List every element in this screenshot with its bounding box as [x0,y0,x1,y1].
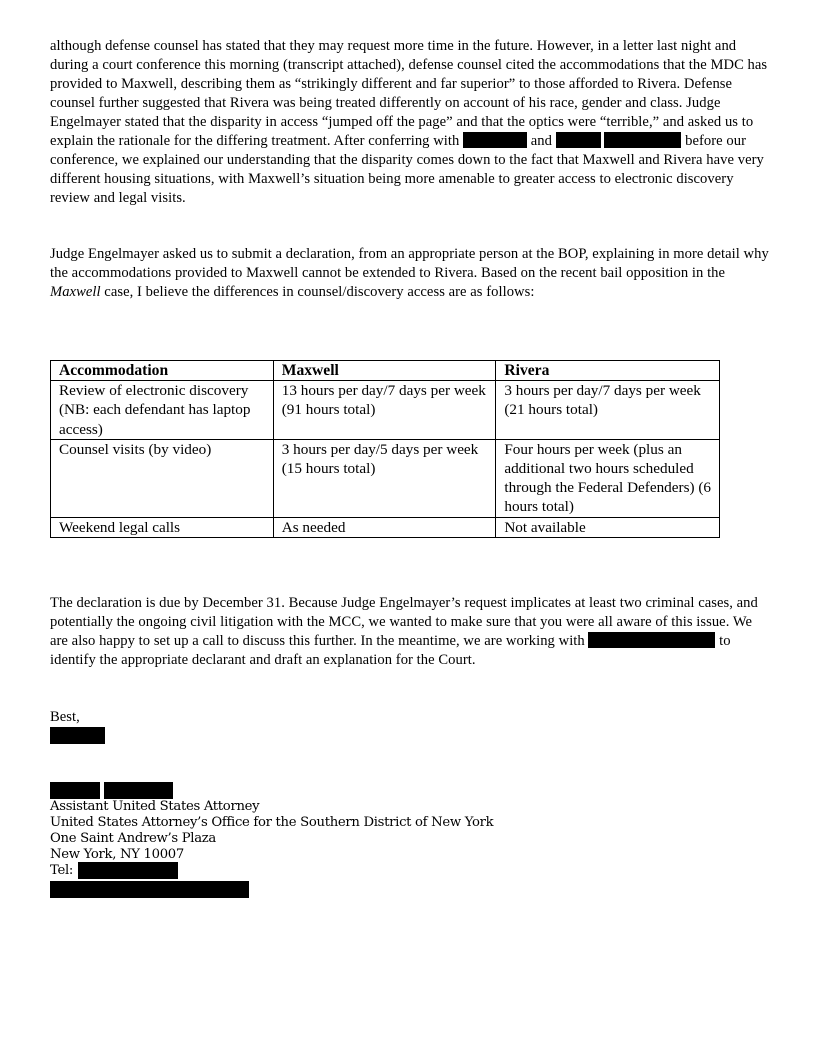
signature-office: United States Attorney’s Office for the … [50,815,493,831]
table-row: Weekend legal calls As needed Not availa… [51,517,720,537]
table-cell: Not available [496,517,720,537]
signature-title: Assistant United States Attorney [50,799,259,815]
table-cell: Counsel visits (by video) [51,439,274,517]
signature-address-1: One Saint Andrew’s Plaza [50,831,216,847]
table-header-row: Accommodation Maxwell Rivera [51,361,720,381]
table-cell: As needed [273,517,496,537]
paragraph-2: Judge Engelmayer asked us to submit a de… [50,245,770,302]
paragraph-1: although defense counsel has stated that… [50,37,770,208]
redaction-box [604,132,681,148]
table-row: Review of electronic discovery (NB: each… [51,381,720,440]
table-header: Rivera [496,361,720,381]
redaction-box [78,862,178,879]
paragraph-2-text-b: case, I believe the differences in couns… [101,284,535,300]
case-name: Maxwell [50,284,101,300]
table-cell: Review of electronic discovery (NB: each… [51,381,274,440]
table-row: Counsel visits (by video) 3 hours per da… [51,439,720,517]
redaction-box [588,632,715,648]
signature-address-2: New York, NY 10007 [50,847,184,863]
paragraph-3: The declaration is due by December 31. B… [50,594,770,670]
redaction-box [50,727,105,744]
closing: Best, [50,708,770,727]
redaction-box [50,782,100,799]
table-cell: 3 hours per day/7 days per week (21 hour… [496,381,720,440]
accommodations-table: Accommodation Maxwell Rivera Review of e… [50,360,720,538]
redaction-box [556,132,601,148]
table-header: Maxwell [273,361,496,381]
table-cell: Weekend legal calls [51,517,274,537]
redaction-box [50,881,249,898]
redaction-box [104,782,173,799]
signature-tel-label: Tel: [50,863,73,879]
redaction-box [463,132,527,148]
table-cell: 3 hours per day/5 days per week (15 hour… [273,439,496,517]
table-cell: Four hours per week (plus an additional … [496,439,720,517]
paragraph-1-and: and [531,133,552,149]
table-cell: 13 hours per day/7 days per week (91 hou… [273,381,496,440]
paragraph-2-text-a: Judge Engelmayer asked us to submit a de… [50,246,769,281]
table-header: Accommodation [51,361,274,381]
